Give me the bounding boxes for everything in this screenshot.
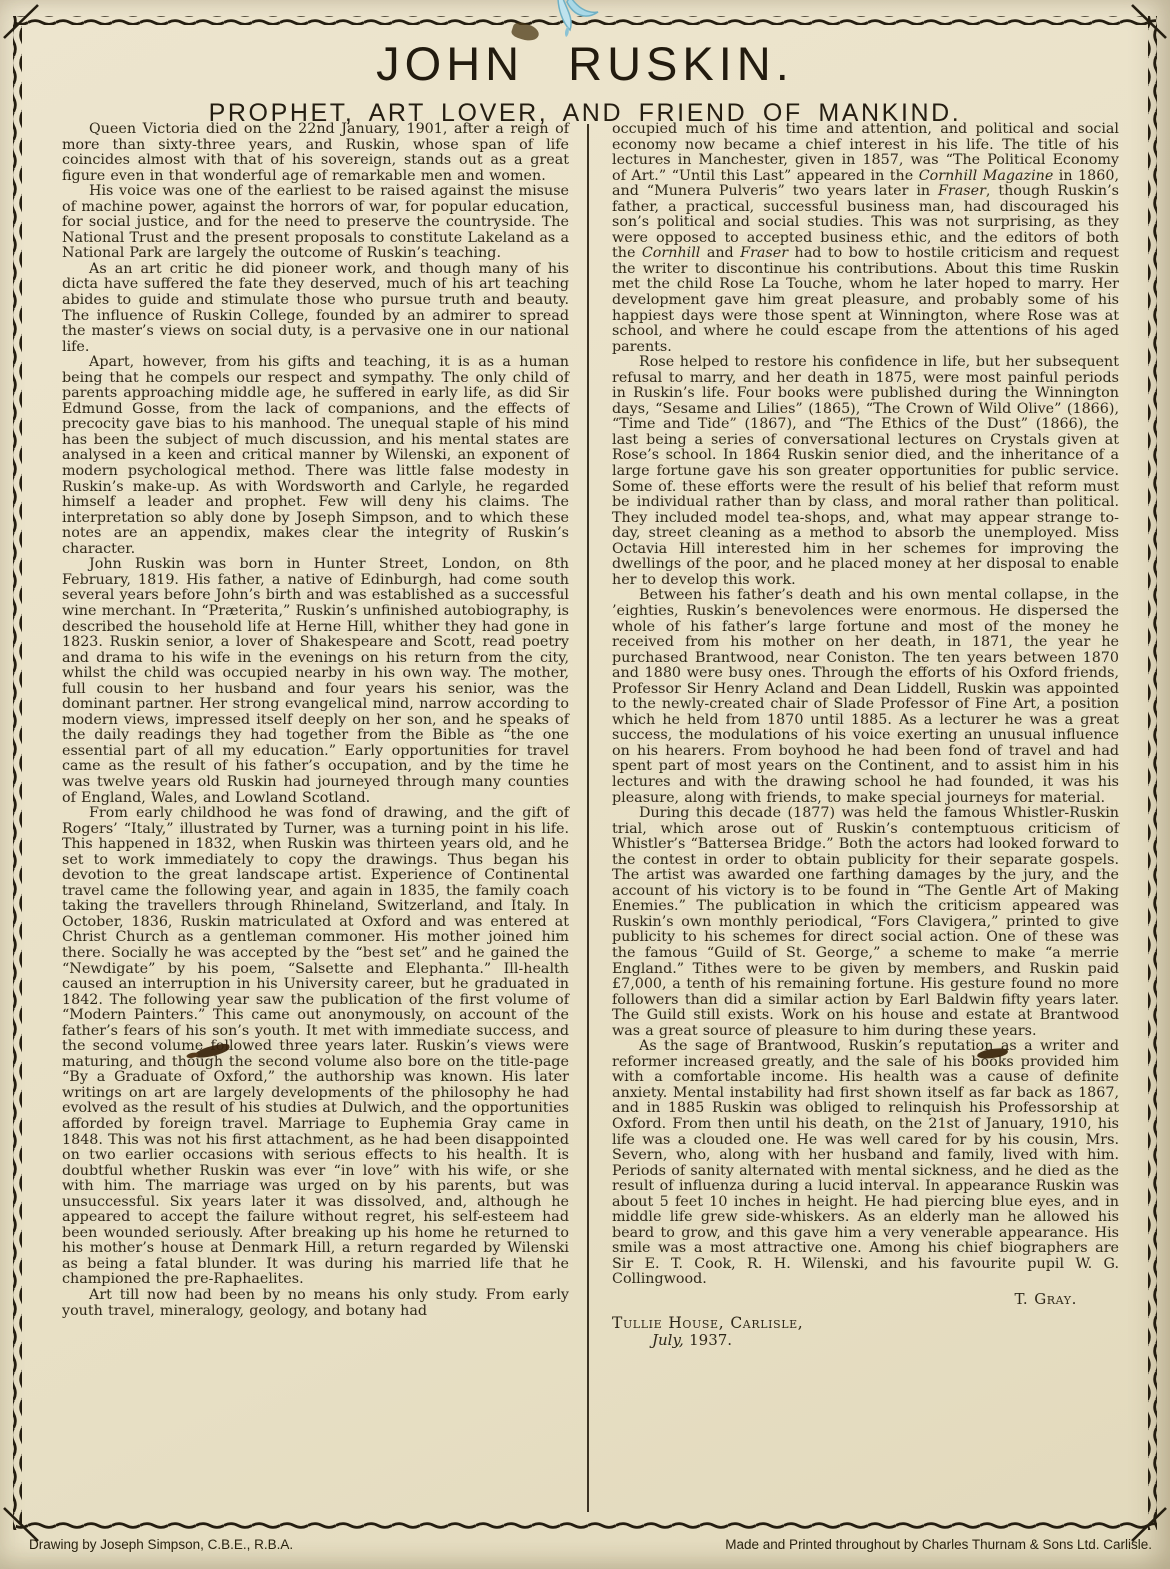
paragraph: From early childhood he was fond of draw… [62,806,569,1288]
paragraph: Apart, however, from his gifts and teach… [62,355,569,557]
ribbon-mark [540,0,618,38]
signature-row: T. Gray. [612,1292,1119,1308]
paragraph: John Ruskin was born in Hunter Street, L… [62,557,569,806]
paragraph: Art till now had been by no means his on… [62,1288,569,1319]
paragraphs-container: occupied much of his time and attention,… [612,122,1119,1288]
paragraph: His voice was one of the earliest to be … [62,184,569,262]
imprint-date: July, 1937. [612,1333,1119,1349]
paragraph: Between his father’s death and his own m… [612,588,1119,806]
paragraph: Queen Victoria died on the 22nd January,… [62,122,569,184]
masthead: JOHN RUSKIN. PROPHET, ART LOVER, AND FRI… [0,36,1170,128]
paragraph: Rose helped to restore his confidence in… [612,355,1119,588]
page-title: JOHN RUSKIN. [0,36,1170,91]
printed-page: JOHN RUSKIN. PROPHET, ART LOVER, AND FRI… [0,0,1170,1569]
footer-credit-right: Made and Printed throughout by Charles T… [725,1537,1152,1552]
article-column-right: occupied much of his time and attention,… [612,122,1119,1349]
paragraph: During this decade (1877) was held the f… [612,806,1119,1039]
footer-credit-left: Drawing by Joseph Simpson, C.B.E., R.B.A… [29,1537,293,1552]
author-signature: T. Gray. [1014,1290,1077,1308]
article-column-left: Queen Victoria died on the 22nd January,… [62,122,569,1319]
paragraph: As the sage of Brantwood, Ruskin’s reput… [612,1039,1119,1288]
paragraph: As an art critic he did pioneer work, an… [62,262,569,355]
paragraph: occupied much of his time and attention,… [612,122,1119,355]
imprint-location: Tullie House, Carlisle, [612,1316,1119,1332]
column-divider-rule [587,124,589,1512]
